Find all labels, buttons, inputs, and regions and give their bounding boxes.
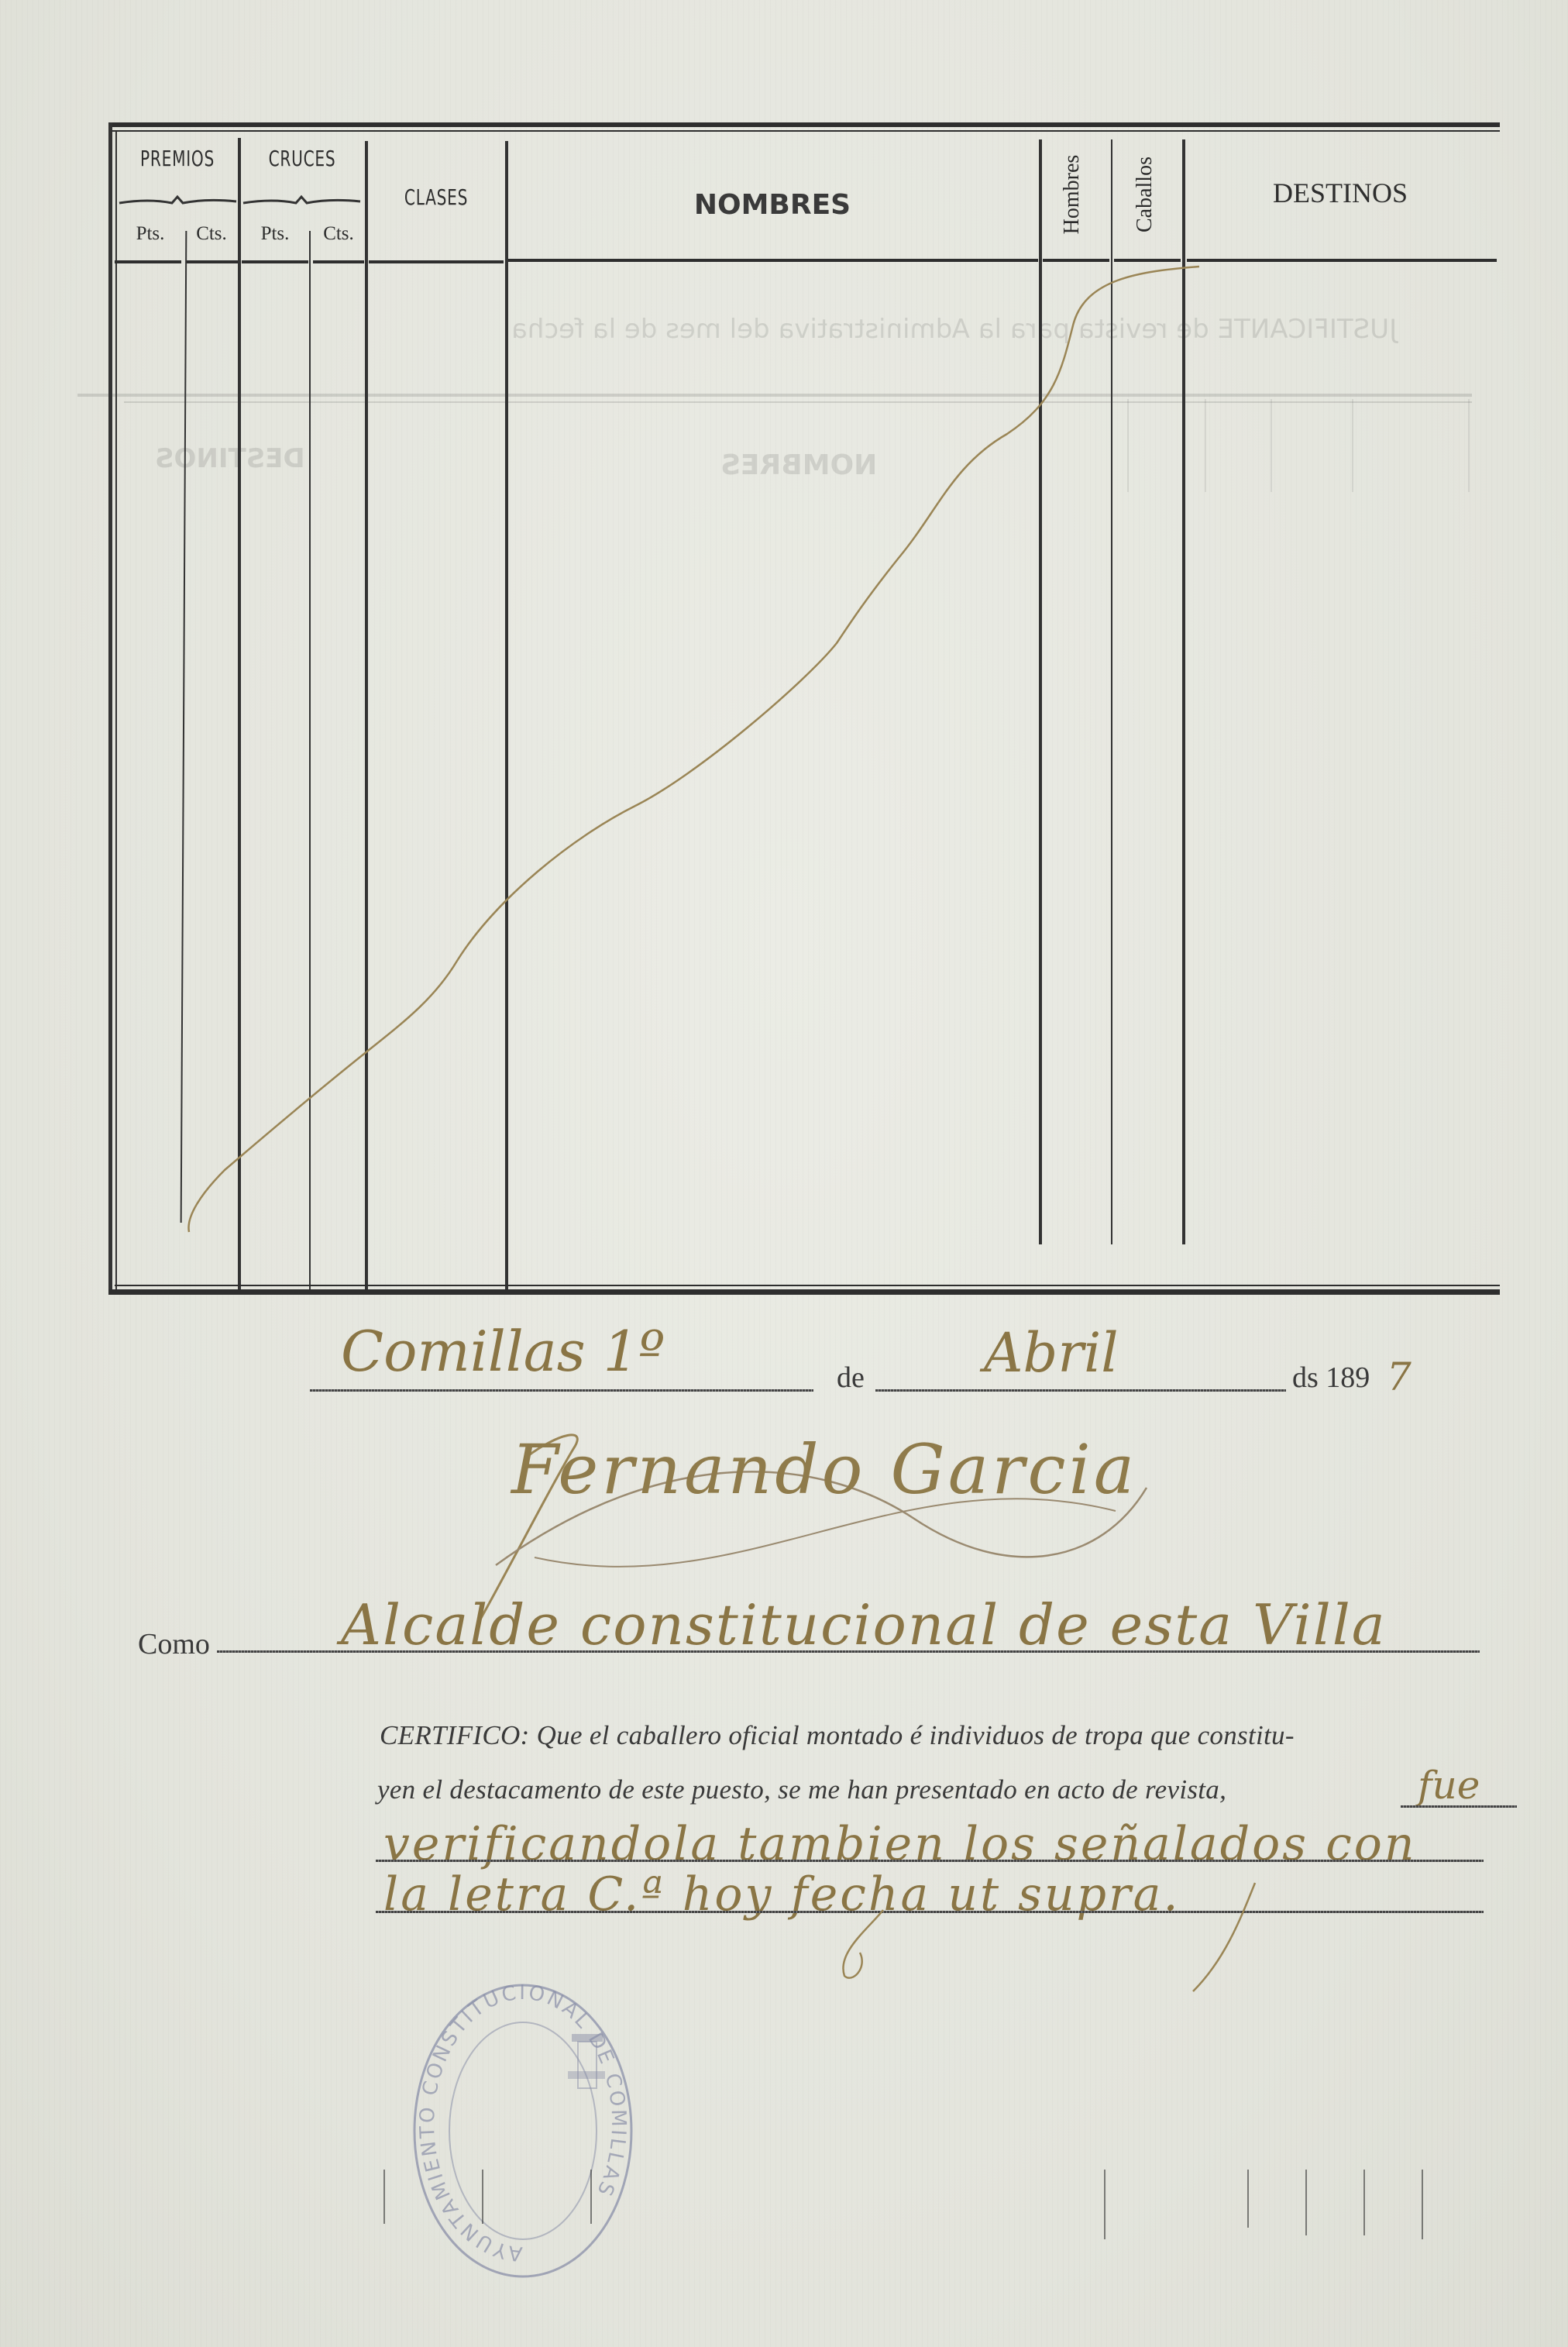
bottom-rule-stub: [590, 2170, 592, 2224]
certificate-handwritten-2: verificandola tambien los señalados con: [383, 1817, 1416, 1871]
municipal-seal: AYUNTAMIENTO CONSTITUCIONAL DE COMILLAS: [409, 1980, 638, 2282]
place-line: [310, 1389, 813, 1392]
certificate-handwritten-1: fue: [1418, 1763, 1480, 1808]
cancel-stroke-icon: [0, 0, 1568, 1317]
certificate-loop-stroke-icon: [813, 1906, 899, 1991]
certificate-line-3-rule: [376, 1860, 1484, 1862]
signature: Fernando Garcia: [511, 1430, 1137, 1509]
seal-icon: AYUNTAMIENTO CONSTITUCIONAL DE COMILLAS: [409, 1980, 638, 2282]
bottom-rule-stub: [482, 2170, 483, 2224]
como-line: [217, 1650, 1480, 1653]
certificate-line-2: yen el destacamento de este puesto, se m…: [377, 1774, 1226, 1805]
de-label: de: [837, 1361, 865, 1395]
year-prefix: ds 189: [1292, 1361, 1370, 1395]
como-handwritten: Alcalde constitucional de esta Villa: [341, 1592, 1387, 1657]
year-digit-handwritten: 7: [1387, 1354, 1412, 1399]
bottom-rule-stub: [1247, 2170, 1249, 2228]
month-handwritten: Abril: [984, 1321, 1119, 1385]
certificate-handwritten-3: la letra C.ª hoy fecha ut supra.: [383, 1867, 1181, 1922]
certificate-line-2-rule: [1401, 1805, 1517, 1808]
place-handwritten: Comillas 1º: [341, 1319, 665, 1384]
svg-text:AYUNTAMIENTO CONSTITUCIONAL DE: AYUNTAMIENTO CONSTITUCIONAL DE COMILLAS: [416, 1981, 630, 2266]
certificate-tail-stroke-icon: [1162, 1875, 1271, 1999]
month-line: [875, 1389, 1286, 1392]
bottom-rule-stub: [383, 2170, 385, 2224]
certificate-line-4-rule: [376, 1911, 1484, 1913]
bottom-rule-stub: [1305, 2170, 1307, 2235]
como-label: Como: [138, 1627, 210, 1661]
bottom-rule-stub: [1104, 2170, 1106, 2239]
certificate-line-1: CERTIFICO: Que el caballero oficial mont…: [380, 1720, 1295, 1751]
bottom-rule-stub: [1422, 2170, 1423, 2239]
bottom-rule-stub: [1363, 2170, 1365, 2235]
